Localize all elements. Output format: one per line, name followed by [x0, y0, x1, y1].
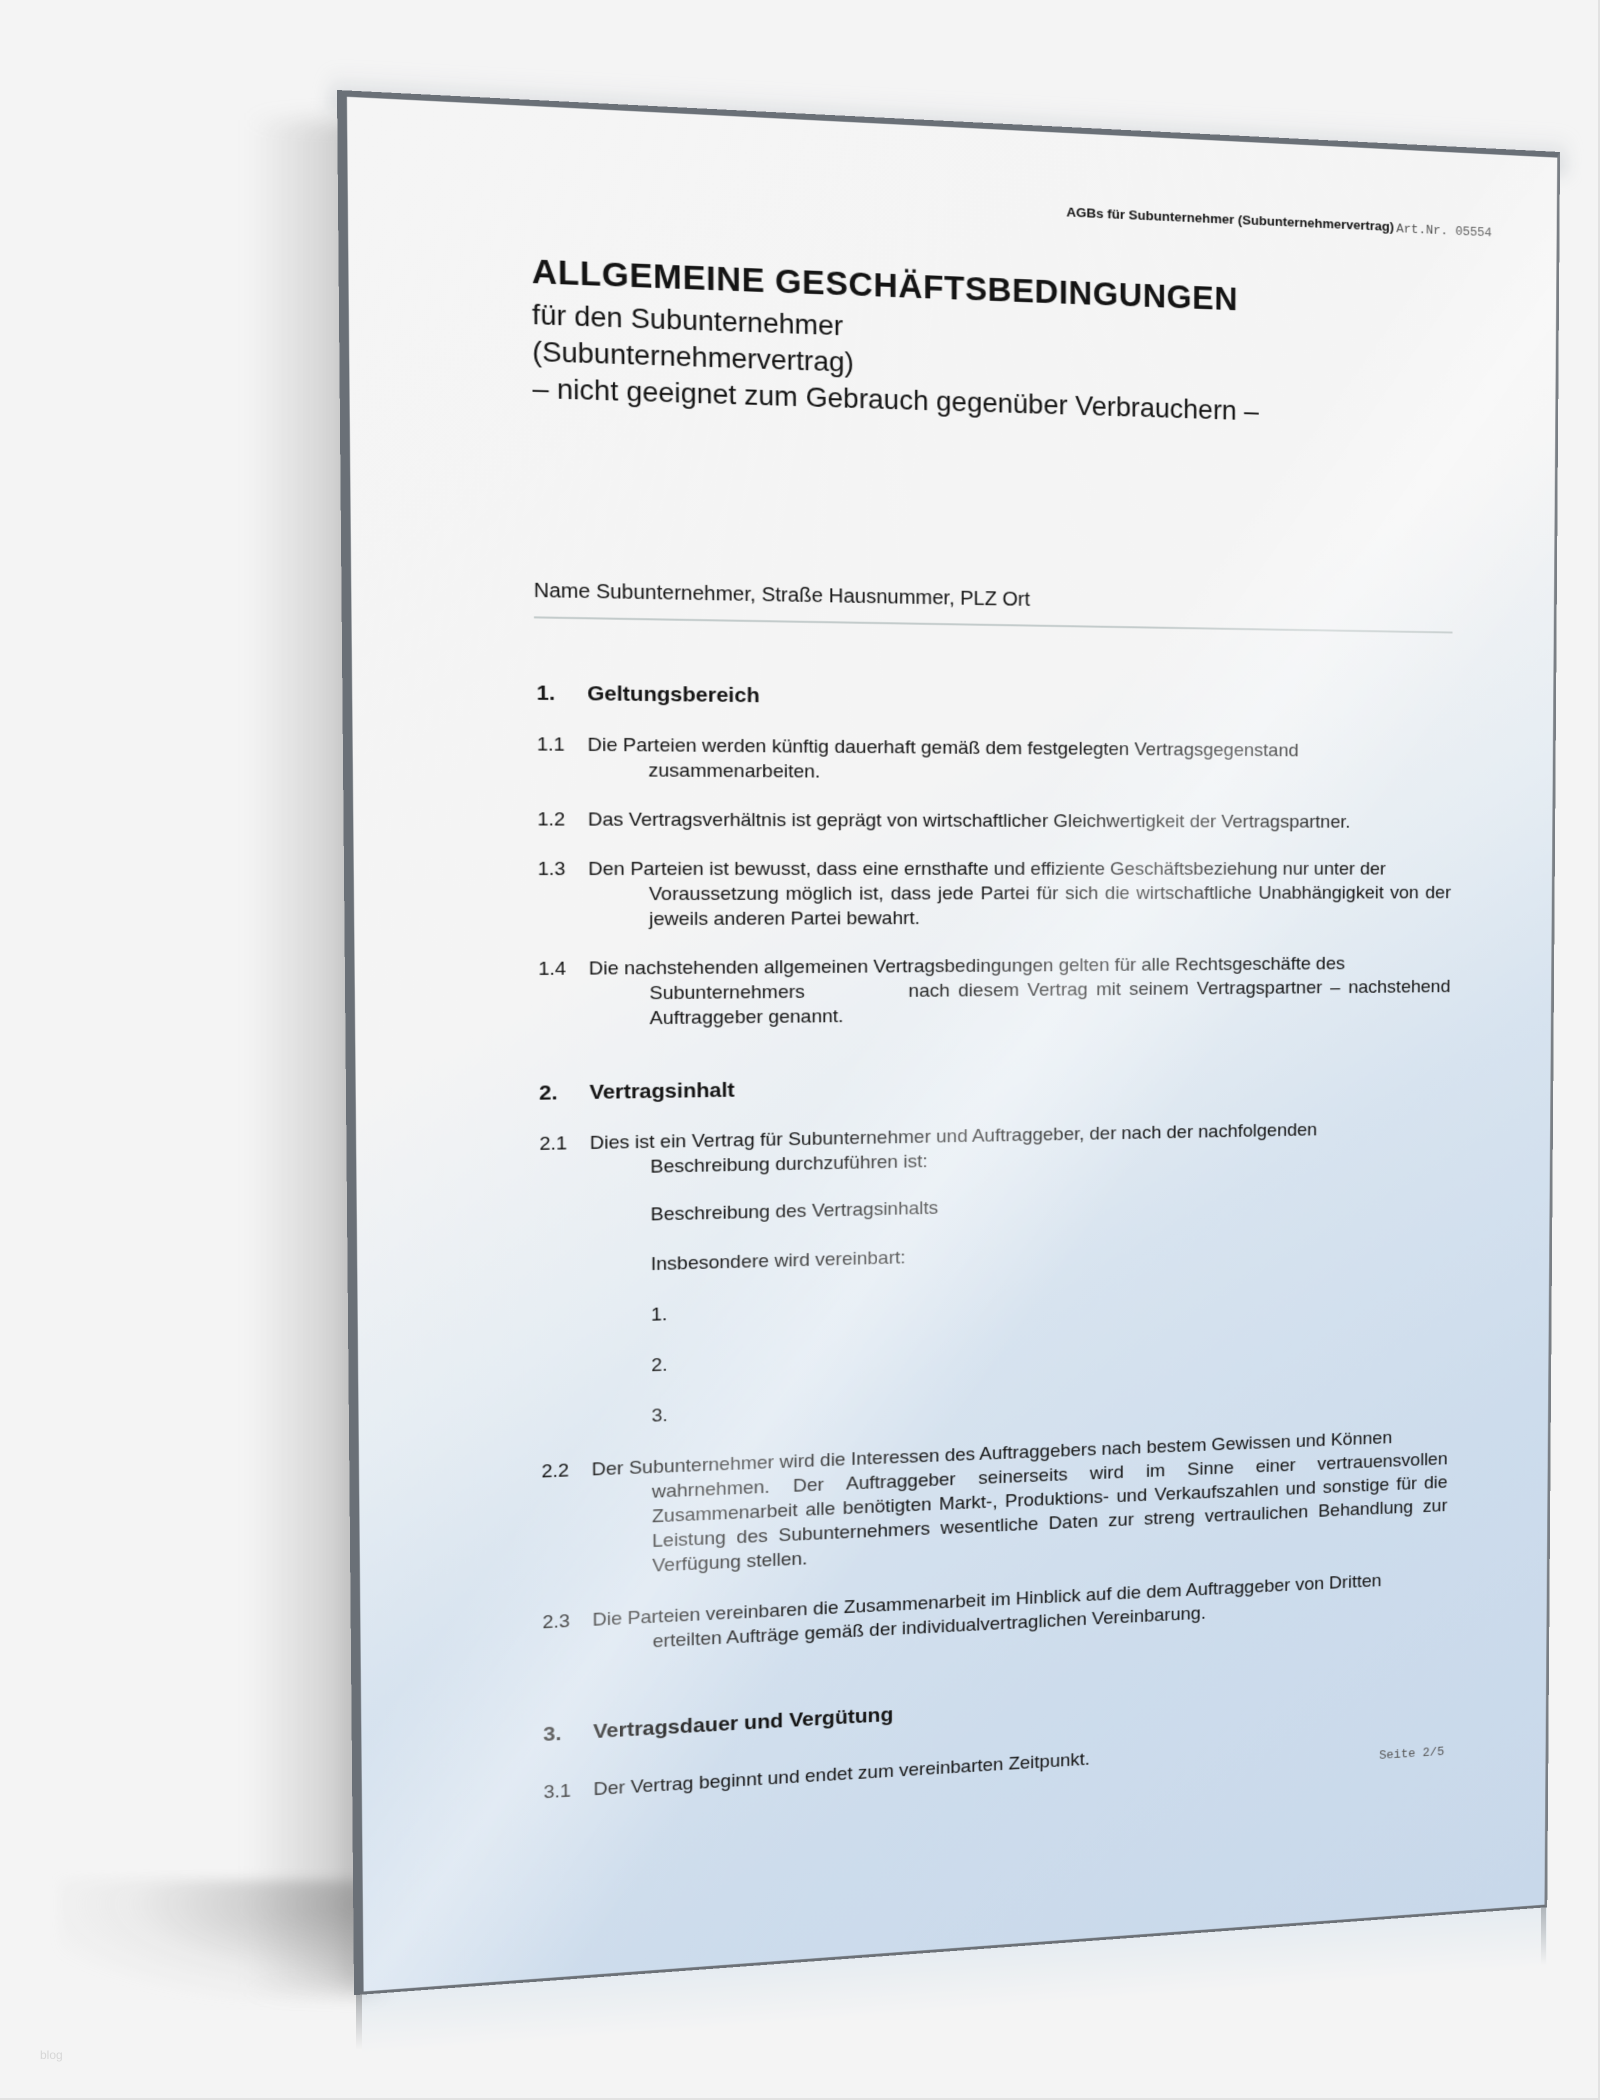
paragraph-1-4: 1.4 Die nachstehenden allgemeinen Vertra… — [538, 951, 1450, 1032]
section-number: 2. — [539, 1081, 590, 1106]
agreed-item-1: 1. — [651, 1304, 667, 1326]
paragraph-1-1: 1.1 Die Parteien werden künftig dauerhaf… — [537, 732, 1452, 788]
agreed-item-2: 2. — [651, 1355, 667, 1377]
section-number: 1. — [536, 681, 587, 706]
page-number: Seite 2/5 — [1379, 1745, 1444, 1763]
paragraph-number: 1.2 — [537, 807, 565, 832]
paragraph-number: 1.1 — [537, 732, 565, 758]
paragraph-text: Der Vertrag beginnt und endet zum verein… — [593, 1749, 1089, 1800]
paragraph-number: 2.1 — [539, 1131, 567, 1157]
section-heading-1: 1.Geltungsbereich — [536, 681, 759, 708]
paragraph-2-1: 2.1 Dies ist ein Vertrag für Subunterneh… — [539, 1116, 1449, 1182]
agreed-item-3: 3. — [651, 1405, 667, 1427]
header-doc-title: AGBs für Subunternehmer (Subunternehmerv… — [1066, 205, 1394, 234]
paragraph-text: Das Vertragsverhältnis ist geprägt von w… — [588, 809, 1351, 832]
agreed-label: Insbesondere wird vereinbart: — [651, 1248, 906, 1276]
paragraph-number: 1.3 — [538, 857, 566, 882]
section-title: Geltungsbereich — [587, 682, 759, 707]
section-title: Vertragsinhalt — [589, 1079, 734, 1104]
contract-description-placeholder: Beschreibung des Vertragsinhalts — [650, 1198, 938, 1226]
paragraph-continuation: zusammenarbeiten. — [588, 758, 1452, 788]
section-number: 3. — [543, 1720, 593, 1747]
paragraph-number: 2.3 — [542, 1609, 570, 1635]
watermark: blog — [40, 2048, 63, 2062]
paragraph-number: 3.1 — [543, 1779, 571, 1805]
paragraph-number: 1.4 — [538, 957, 566, 982]
paragraph-continuation: Voraussetzung möglich ist, dass jede Par… — [588, 881, 1451, 932]
document-page: AGBs für Subunternehmer (Subunternehmerv… — [337, 90, 1560, 1995]
paragraph-2-3: 2.3 Die Parteien vereinbaren die Zusamme… — [542, 1566, 1447, 1660]
reflection-edge-right — [1541, 1905, 1546, 1965]
page-shadow-bottom — [60, 1880, 390, 2000]
paragraph-number: 2.2 — [541, 1458, 569, 1484]
reflection-edge-left — [356, 1990, 362, 2050]
section-title: Vertragsdauer und Vergütung — [593, 1703, 893, 1743]
paragraph-continuation: Subunternehmers nach diesem Vertrag mit … — [589, 975, 1451, 1032]
paragraph-text: Den Parteien ist bewusst, dass eine erns… — [588, 859, 1386, 880]
paragraph-1-2: 1.2 Das Vertragsverhältnis ist geprägt v… — [537, 807, 1451, 834]
document-subtitle: für den Subunternehmer (Subunternehmerve… — [532, 296, 1259, 429]
paragraph-2-2: 2.2 Der Subunternehmer wird die Interess… — [541, 1424, 1447, 1584]
section-heading-3: 3.Vertragsdauer und Vergütung — [543, 1703, 893, 1747]
section-heading-2: 2.Vertragsinhalt — [539, 1079, 735, 1106]
paragraph-1-3: 1.3 Den Parteien ist bewusst, dass eine … — [538, 857, 1452, 933]
paragraph-text: Die Parteien werden künftig dauerhaft ge… — [587, 735, 1298, 761]
article-number: Art.Nr. 05554 — [1396, 221, 1492, 240]
address-underline — [534, 616, 1453, 633]
address-line: Name Subunternehmer, Straße Hausnummer, … — [534, 580, 1030, 612]
